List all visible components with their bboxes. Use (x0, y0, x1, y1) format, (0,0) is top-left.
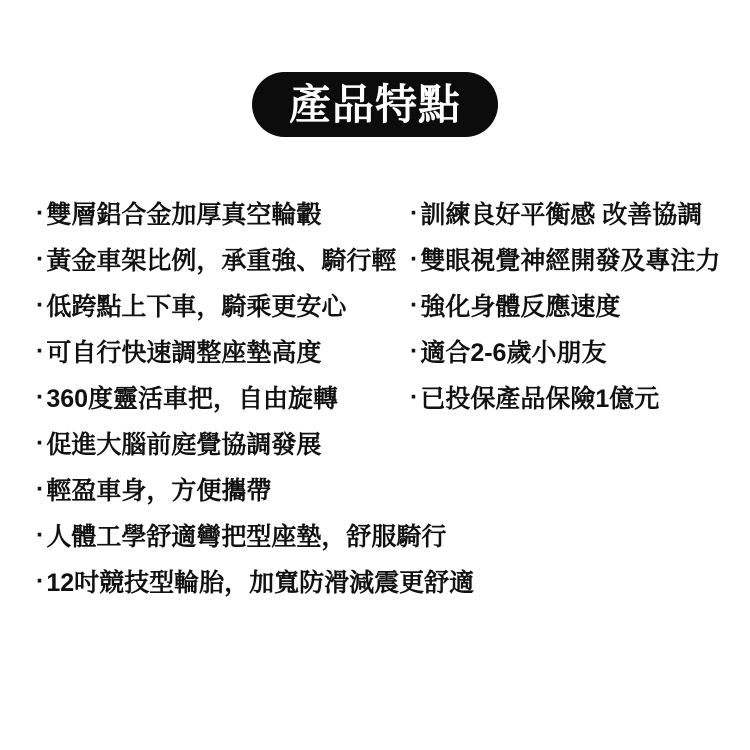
feature-text: 雙層鋁合金加厚真空輪轂 (46, 195, 321, 231)
feature-text: 已投保產品保險1億元 (420, 379, 659, 415)
feature-text: 人體工學舒適彎把型座墊，舒服騎行 (46, 517, 446, 553)
feature-text: 12吋競技型輪胎，加寬防滑減震更舒適 (46, 563, 474, 599)
bullet-dot: · (410, 383, 418, 412)
features-column-left: ·雙層鋁合金加厚真空輪轂 ·黃金車架比例，承重強、騎行輕 ·低跨點上下車，騎乘更… (36, 190, 474, 604)
bullet-dot: · (410, 291, 418, 320)
bullet-dot: · (36, 429, 44, 458)
feature-item: ·雙眼視覺神經開發及專注力 (410, 236, 720, 282)
feature-text: 訓練良好平衡感 改善協調 (420, 195, 702, 231)
feature-text: 雙眼視覺神經開發及專注力 (420, 241, 720, 277)
bullet-dot: · (36, 291, 44, 320)
feature-item: ·適合2-6歲小朋友 (410, 328, 720, 374)
feature-text: 適合2-6歲小朋友 (420, 333, 606, 369)
bullet-dot: · (36, 337, 44, 366)
features-column-right: ·訓練良好平衡感 改善協調 ·雙眼視覺神經開發及專注力 ·強化身體反應速度 ·適… (410, 190, 720, 420)
bullet-dot: · (410, 245, 418, 274)
feature-item: ·360度靈活車把，自由旋轉 (36, 374, 474, 420)
feature-item: ·黃金車架比例，承重強、騎行輕 (36, 236, 474, 282)
bullet-dot: · (36, 521, 44, 550)
feature-item: ·人體工學舒適彎把型座墊，舒服騎行 (36, 512, 474, 558)
feature-text: 黃金車架比例，承重強、騎行輕 (46, 241, 396, 277)
feature-item: ·已投保產品保險1億元 (410, 374, 720, 420)
feature-text: 可自行快速調整座墊高度 (46, 333, 321, 369)
bullet-dot: · (36, 567, 44, 596)
title-badge: 產品特點 (252, 72, 498, 137)
bullet-dot: · (36, 199, 44, 228)
product-features-page: 產品特點 ·雙層鋁合金加厚真空輪轂 ·黃金車架比例，承重強、騎行輕 ·低跨點上下… (0, 0, 750, 750)
feature-item: ·雙層鋁合金加厚真空輪轂 (36, 190, 474, 236)
feature-item: ·12吋競技型輪胎，加寬防滑減震更舒適 (36, 558, 474, 604)
feature-text: 促進大腦前庭覺協調發展 (46, 425, 321, 461)
feature-item: ·可自行快速調整座墊高度 (36, 328, 474, 374)
feature-text: 低跨點上下車，騎乘更安心 (46, 287, 346, 323)
feature-item: ·輕盈車身，方便攜帶 (36, 466, 474, 512)
bullet-dot: · (36, 245, 44, 274)
feature-item: ·訓練良好平衡感 改善協調 (410, 190, 720, 236)
feature-text: 強化身體反應速度 (420, 287, 620, 323)
bullet-dot: · (36, 475, 44, 504)
feature-item: ·強化身體反應速度 (410, 282, 720, 328)
feature-text: 360度靈活車把，自由旋轉 (46, 379, 338, 415)
page-title: 產品特點 (289, 84, 461, 126)
feature-text: 輕盈車身，方便攜帶 (46, 471, 271, 507)
bullet-dot: · (410, 337, 418, 366)
feature-item: ·促進大腦前庭覺協調發展 (36, 420, 474, 466)
bullet-dot: · (410, 199, 418, 228)
feature-item: ·低跨點上下車，騎乘更安心 (36, 282, 474, 328)
bullet-dot: · (36, 383, 44, 412)
